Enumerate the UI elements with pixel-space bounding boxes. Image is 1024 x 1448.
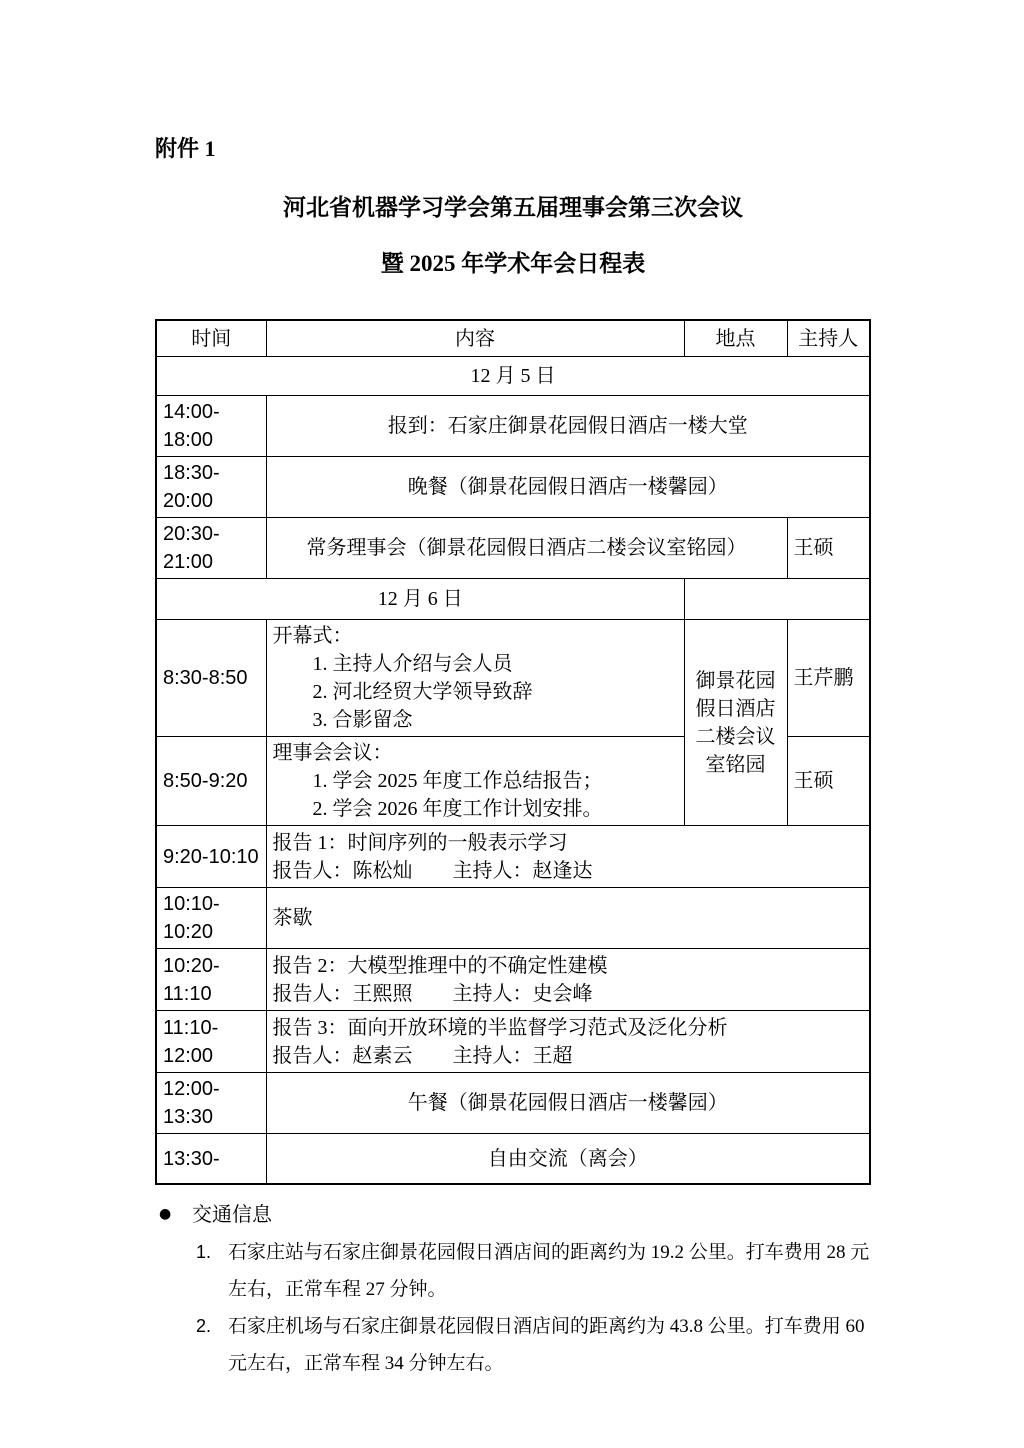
time-line1: 10:10- [163,890,260,918]
report-title-line: 报告 3：面向开放环境的半监督学习范式及泛化分析 [273,1014,864,1042]
time-line1: 11:10- [163,1014,260,1042]
day2-empty-cell [684,579,870,620]
transport-item-text: 石家庄站与石家庄御景花园假日酒店间的距离约为 19.2 公里。打车费用 28 元… [228,1242,869,1300]
report-title-line: 报告 2：大模型推理中的不确定性建模 [273,952,864,980]
report-title-line: 报告 1：时间序列的一般表示学习 [273,829,864,857]
report1-row: 9:20-10:10 报告 1：时间序列的一般表示学习 报告人：陈松灿 主持人：… [156,826,870,888]
document-title-line2: 暨 2025 年学术年会日程表 [155,250,871,279]
council-meeting-time: 8:50-9:20 [156,737,266,826]
transport-item: 2. 石家庄机场与石家庄御景花园假日酒店间的距离约为 43.8 公里。打车费用 … [155,1308,871,1382]
registration-time: 14:00- 18:00 [156,396,266,457]
time-line2: 20:00 [163,487,260,515]
document-title-line1: 河北省机器学习学会第五届理事会第三次会议 [155,194,871,223]
document-body: 附件 1 河北省机器学习学会第五届理事会第三次会议 暨 2025 年学术年会日程… [155,0,871,1382]
report-speaker-line: 报告人：陈松灿 主持人：赵逢达 [273,857,864,885]
opening-item: 2. 河北经贸大学领导致辞 [273,678,678,706]
council-meeting-host: 王硕 [787,737,870,826]
tea-break-content: 茶歇 [266,888,870,949]
time-line2: 21:00 [163,548,260,576]
council-meeting-item: 2. 学会 2026 年度工作计划安排。 [273,795,678,823]
transport-heading: ● 交通信息 [155,1202,871,1228]
lunch-content: 午餐（御景花园假日酒店一楼馨园） [266,1073,870,1134]
time-line1: 20:30- [163,520,260,548]
transport-item-text: 石家庄机场与石家庄御景花园假日酒店间的距离约为 43.8 公里。打车费用 60 … [228,1316,865,1374]
transport-heading-label: 交通信息 [192,1204,272,1226]
opening-title: 开幕式： [273,622,678,650]
lunch-row: 12:00- 13:30 午餐（御景花园假日酒店一楼馨园） [156,1073,870,1134]
merged-location-cell: 御景花园 假日酒店 二楼会议 室铭园 [684,620,787,826]
report2-content: 报告 2：大模型推理中的不确定性建模 报告人：王熙照 主持人：史会峰 [266,949,870,1011]
dinner-row: 18:30- 20:00 晚餐（御景花园假日酒店一楼馨园） [156,457,870,518]
transport-item-number: 1. [196,1234,211,1271]
location-line: 二楼会议 [691,723,781,751]
council-meeting-item: 1. 学会 2025 年度工作总结报告； [273,767,678,795]
header-location: 地点 [684,320,787,357]
free-exchange-time: 13:30- [156,1134,266,1184]
report-speaker-line: 报告人：赵素云 主持人：王超 [273,1042,864,1070]
time-line1: 14:00- [163,398,260,426]
free-exchange-row: 13:30- 自由交流（离会） [156,1134,870,1184]
opening-item: 1. 主持人介绍与会人员 [273,650,678,678]
opening-item: 3. 合影留念 [273,706,678,734]
report2-time: 10:20- 11:10 [156,949,266,1011]
header-content: 内容 [266,320,684,357]
opening-content: 开幕式： 1. 主持人介绍与会人员 2. 河北经贸大学领导致辞 3. 合影留念 [266,620,684,737]
location-line: 假日酒店 [691,695,781,723]
dinner-time: 18:30- 20:00 [156,457,266,518]
day1-row: 12 月 5 日 [156,357,870,396]
transport-list: 1. 石家庄站与石家庄御景花园假日酒店间的距离约为 19.2 公里。打车费用 2… [155,1234,871,1382]
transport-item-number: 2. [196,1308,211,1345]
opening-host: 王芹鹏 [787,620,870,737]
document-page: 附件 1 河北省机器学习学会第五届理事会第三次会议 暨 2025 年学术年会日程… [0,0,1024,1448]
transport-item: 1. 石家庄站与石家庄御景花园假日酒店间的距离约为 19.2 公里。打车费用 2… [155,1234,871,1308]
report1-content: 报告 1：时间序列的一般表示学习 报告人：陈松灿 主持人：赵逢达 [266,826,870,888]
report3-time: 11:10- 12:00 [156,1011,266,1073]
council-meeting-title: 理事会会议： [273,739,678,767]
council-meeting-content: 理事会会议： 1. 学会 2025 年度工作总结报告； 2. 学会 2026 年… [266,737,684,826]
report3-content: 报告 3：面向开放环境的半监督学习范式及泛化分析 报告人：赵素云 主持人：王超 [266,1011,870,1073]
attachment-label: 附件 1 [155,136,871,162]
day2-header: 12 月 6 日 [156,579,684,620]
standing-council-content: 常务理事会（御景花园假日酒店二楼会议室铭园） [266,518,787,579]
standing-council-time: 20:30- 21:00 [156,518,266,579]
report1-time: 9:20-10:10 [156,826,266,888]
report-speaker-line: 报告人：王熙照 主持人：史会峰 [273,980,864,1008]
opening-row: 8:30-8:50 开幕式： 1. 主持人介绍与会人员 2. 河北经贸大学领导致… [156,620,870,737]
time-line2: 13:30 [163,1103,260,1131]
location-line: 室铭园 [691,751,781,779]
time-line2: 18:00 [163,426,260,454]
day1-header: 12 月 5 日 [156,357,870,396]
time-line2: 10:20 [163,918,260,946]
dinner-content: 晚餐（御景花园假日酒店一楼馨园） [266,457,870,518]
tea-break-row: 10:10- 10:20 茶歇 [156,888,870,949]
time-line1: 18:30- [163,459,260,487]
time-line2: 12:00 [163,1042,260,1070]
header-host: 主持人 [787,320,870,357]
bullet-icon: ● [159,1205,171,1223]
opening-time: 8:30-8:50 [156,620,266,737]
schedule-table: 时间 内容 地点 主持人 12 月 5 日 14:00- 18:00 报到：石家… [155,319,871,1185]
tea-break-time: 10:10- 10:20 [156,888,266,949]
standing-council-host: 王硕 [787,518,870,579]
standing-council-row: 20:30- 21:00 常务理事会（御景花园假日酒店二楼会议室铭园） 王硕 [156,518,870,579]
time-line1: 12:00- [163,1075,260,1103]
header-time: 时间 [156,320,266,357]
registration-row: 14:00- 18:00 报到：石家庄御景花园假日酒店一楼大堂 [156,396,870,457]
day2-row: 12 月 6 日 [156,579,870,620]
report3-row: 11:10- 12:00 报告 3：面向开放环境的半监督学习范式及泛化分析 报告… [156,1011,870,1073]
time-line1: 10:20- [163,952,260,980]
report2-row: 10:20- 11:10 报告 2：大模型推理中的不确定性建模 报告人：王熙照 … [156,949,870,1011]
table-header-row: 时间 内容 地点 主持人 [156,320,870,357]
time-line2: 11:10 [163,980,260,1008]
registration-content: 报到：石家庄御景花园假日酒店一楼大堂 [266,396,870,457]
location-line: 御景花园 [691,667,781,695]
lunch-time: 12:00- 13:30 [156,1073,266,1134]
free-exchange-content: 自由交流（离会） [266,1134,870,1184]
